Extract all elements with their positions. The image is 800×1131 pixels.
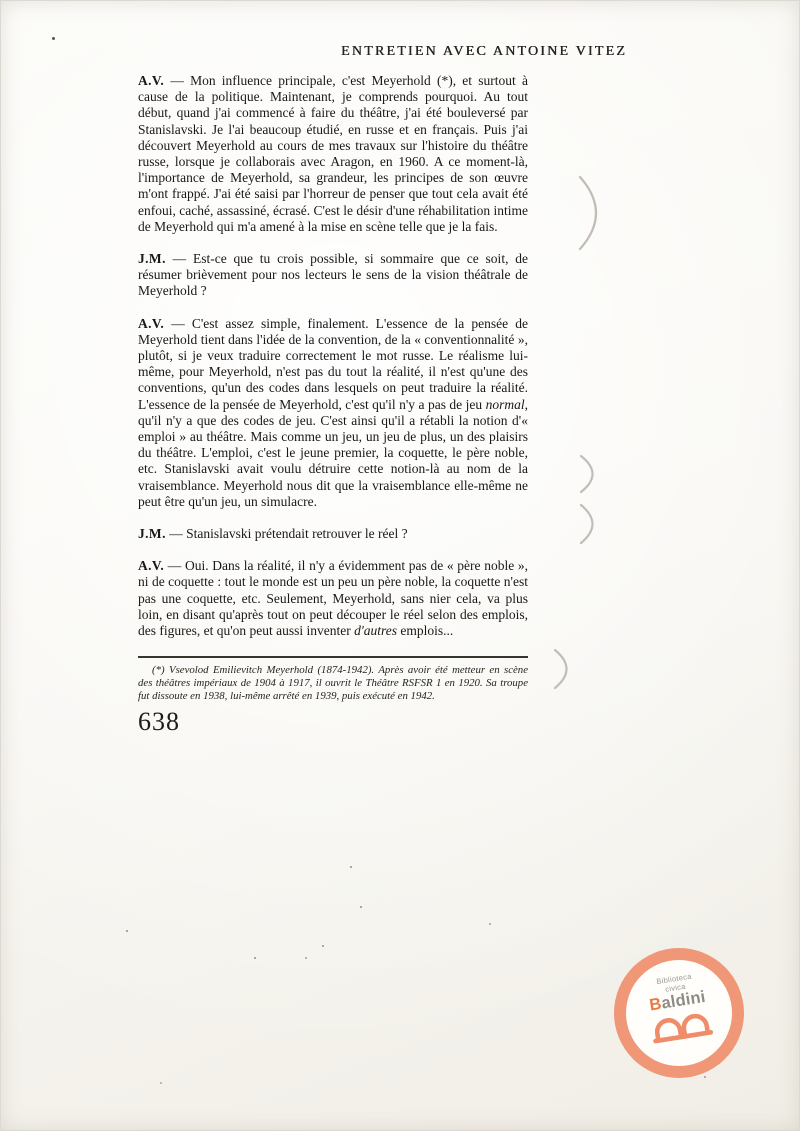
paragraph-text: — Oui. Dans la réalité, il n'y a évidemm… [138,558,528,638]
paragraph-text: — Stanislavski prétendait retrouver le r… [166,526,408,541]
paragraph-text: — Est-ce que tu crois possible, si somma… [138,251,528,298]
handwritten-paren-mark [576,175,604,251]
footnote-text: (*) Vsevolod Emilievitch Meyerhold (1874… [138,664,528,703]
handwritten-paren-mark [552,648,572,690]
scan-speck [489,923,491,925]
speaker-label: J.M. [138,251,166,266]
scan-speck [52,37,55,40]
scan-speck [322,945,324,947]
running-head: ENTRETIEN AVEC ANTOINE VITEZ [0,44,627,60]
scan-speck [126,930,128,932]
stamp-content: Biblioteca civica Baldini [642,970,716,1050]
scan-speck [254,957,256,959]
handwritten-paren-mark [578,503,598,545]
dialogue-paragraph: J.M. — Stanislavski prétendait retrouver… [138,526,528,542]
speaker-label: A.V. [138,316,164,331]
scan-speck [305,957,307,959]
italic-word: d'autres [354,623,397,638]
scan-speck [160,1082,162,1084]
scan-speck [350,866,352,868]
dialogue-paragraph: A.V. — Oui. Dans la réalité, il n'y a év… [138,558,528,639]
text-column: A.V. — Mon influence principale, c'est M… [138,73,528,730]
paragraph-text: — C'est assez simple, finalement. L'esse… [138,316,528,412]
dialogue-paragraph: A.V. — Mon influence principale, c'est M… [138,73,528,235]
speaker-label: A.V. [138,73,164,88]
dialogue-paragraph: A.V. — C'est assez simple, finalement. L… [138,316,528,510]
stamp-ring: Biblioteca civica Baldini [614,948,744,1078]
handwritten-paren-mark [578,454,598,494]
speaker-label: A.V. [138,558,164,573]
paragraph-text: — Mon influence principale, c'est Meyerh… [138,73,528,234]
scan-speck [704,1076,706,1078]
speaker-label: J.M. [138,526,166,541]
scan-speck [360,906,362,908]
library-stamp: Biblioteca civica Baldini [614,948,744,1078]
italic-word: normal [486,397,525,412]
paragraph-text-after: emplois... [397,623,453,638]
footnote-rule [138,656,528,658]
paragraph-text-after: , qu'il n'y a que des codes de jeu. C'es… [138,397,528,509]
scanned-book-page: ENTRETIEN AVEC ANTOINE VITEZ A.V. — Mon … [0,0,800,1131]
page-number: 638 [138,714,528,730]
dialogue-paragraph: J.M. — Est-ce que tu crois possible, si … [138,251,528,300]
